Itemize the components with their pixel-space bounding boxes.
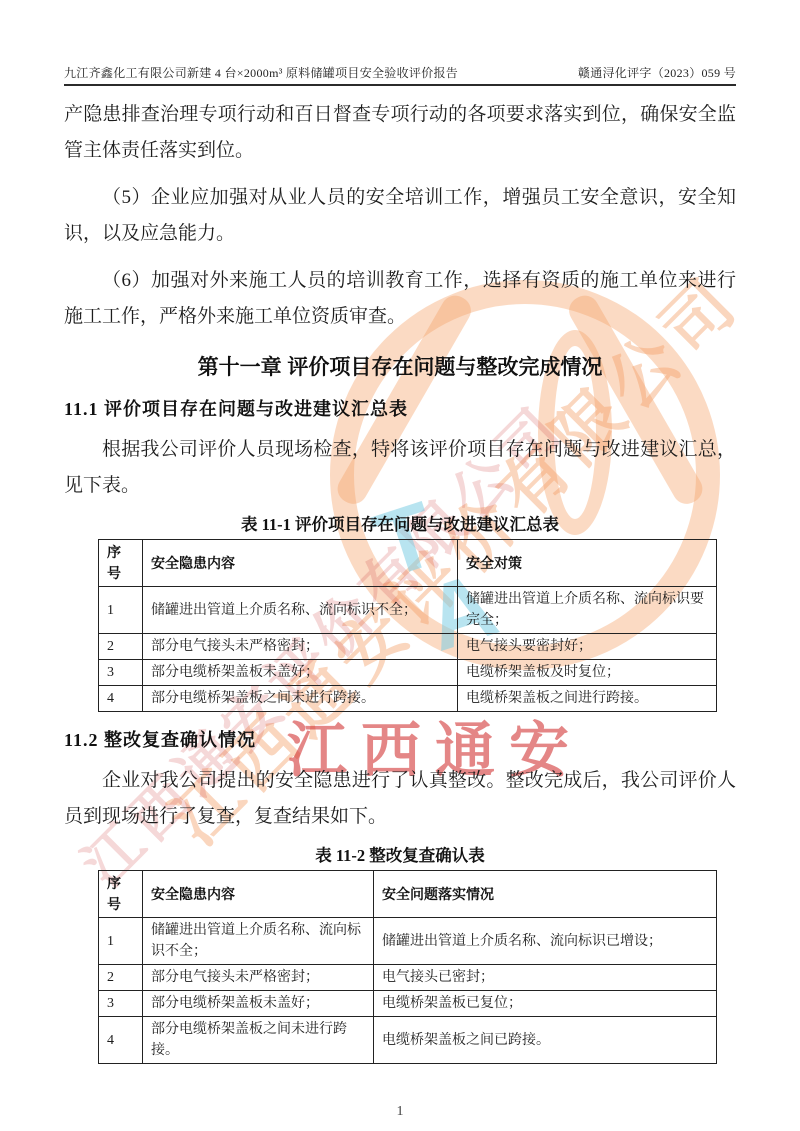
header-report-title: 九江齐鑫化工有限公司新建 4 台×2000m³ 原料储罐项目安全验收评价报告 xyxy=(64,64,458,81)
table-header-cell: 安全问题落实情况 xyxy=(374,871,717,918)
table-cell-result: 电缆桥架盖板已复位； xyxy=(374,991,717,1017)
table-header-cell: 安全隐患内容 xyxy=(143,871,374,918)
table-11-1-caption: 表 11-1 评价项目存在问题与改进建议汇总表 xyxy=(64,511,736,535)
table-header-cell: 安全隐患内容 xyxy=(143,540,458,587)
document-content: 九江齐鑫化工有限公司新建 4 台×2000m³ 原料储罐项目安全验收评价报告 赣… xyxy=(64,64,736,1120)
table-cell-hazard: 部分电缆桥架盖板之间未进行跨接。 xyxy=(143,1017,374,1064)
table-row: 3 部分电缆桥架盖板未盖好； 电缆桥架盖板及时复位； xyxy=(99,660,717,686)
table-cell-hazard: 部分电缆桥架盖板未盖好； xyxy=(143,991,374,1017)
table-cell-countermeasure: 电气接头要密封好； xyxy=(458,634,717,660)
table-header-row: 序号 安全隐患内容 安全问题落实情况 xyxy=(99,871,717,918)
section-heading-11-2: 11.2 整改复查确认情况 xyxy=(64,726,736,752)
page-header: 九江齐鑫化工有限公司新建 4 台×2000m³ 原料储罐项目安全验收评价报告 赣… xyxy=(64,64,736,86)
table-header-row: 序号 安全隐患内容 安全对策 xyxy=(99,540,717,587)
table-11-2-recheck: 序号 安全隐患内容 安全问题落实情况 1 储罐进出管道上介质名称、流向标识不全；… xyxy=(98,870,717,1064)
table-header-cell: 序号 xyxy=(99,871,143,918)
table-row: 3 部分电缆桥架盖板未盖好； 电缆桥架盖板已复位； xyxy=(99,991,717,1017)
table-cell-hazard: 部分电缆桥架盖板未盖好； xyxy=(143,660,458,686)
section-11-2-paragraph: 企业对我公司提出的安全隐患进行了认真整改。整改完成后，我公司评价人员到现场进行了… xyxy=(64,763,736,835)
table-cell-result: 电缆桥架盖板之间已跨接。 xyxy=(374,1017,717,1064)
table-cell-index: 2 xyxy=(99,634,143,660)
table-row: 2 部分电气接头未严格密封； 电气接头已密封； xyxy=(99,965,717,991)
table-cell-countermeasure: 储罐进出管道上介质名称、流向标识要完全； xyxy=(458,587,717,634)
section-11-1-paragraph: 根据我公司评价人员现场检查，特将该评价项目存在问题与改进建议汇总，见下表。 xyxy=(64,432,736,504)
document-page: 江西通安评价有限公司 江西通安评价有限公司 江西通安 T A 九江齐鑫化工有限公… xyxy=(0,0,800,1131)
table-row: 4 部分电缆桥架盖板之间未进行跨接。 电缆桥架盖板之间进行跨接。 xyxy=(99,686,717,712)
table-cell-index: 3 xyxy=(99,991,143,1017)
table-cell-hazard: 部分电气接头未严格密封； xyxy=(143,965,374,991)
paragraph-item-5: （5）企业应加强对从业人员的安全培训工作，增强员工安全意识，安全知识，以及应急能… xyxy=(64,180,736,252)
page-number: 1 xyxy=(64,1104,736,1120)
table-row: 4 部分电缆桥架盖板之间未进行跨接。 电缆桥架盖板之间已跨接。 xyxy=(99,1017,717,1064)
table-cell-index: 2 xyxy=(99,965,143,991)
table-cell-countermeasure: 电缆桥架盖板之间进行跨接。 xyxy=(458,686,717,712)
table-header-cell: 序号 xyxy=(99,540,143,587)
table-cell-hazard: 储罐进出管道上介质名称、流向标识不全； xyxy=(143,918,374,965)
table-cell-index: 1 xyxy=(99,918,143,965)
table-cell-result: 储罐进出管道上介质名称、流向标识已增设； xyxy=(374,918,717,965)
table-header-cell: 安全对策 xyxy=(458,540,717,587)
header-doc-number: 赣通浔化评字（2023）059 号 xyxy=(578,64,736,81)
table-cell-index: 1 xyxy=(99,587,143,634)
table-11-1-summary: 序号 安全隐患内容 安全对策 1 储罐进出管道上介质名称、流向标识不全； 储罐进… xyxy=(98,539,717,712)
table-cell-countermeasure: 电缆桥架盖板及时复位； xyxy=(458,660,717,686)
table-cell-hazard: 部分电气接头未严格密封； xyxy=(143,634,458,660)
table-11-2-caption: 表 11-2 整改复查确认表 xyxy=(64,842,736,866)
table-row: 1 储罐进出管道上介质名称、流向标识不全； 储罐进出管道上介质名称、流向标识已增… xyxy=(99,918,717,965)
chapter-title: 第十一章 评价项目存在问题与整改完成情况 xyxy=(64,351,736,381)
table-cell-hazard: 部分电缆桥架盖板之间未进行跨接。 xyxy=(143,686,458,712)
table-row: 1 储罐进出管道上介质名称、流向标识不全； 储罐进出管道上介质名称、流向标识要完… xyxy=(99,587,717,634)
table-cell-index: 3 xyxy=(99,660,143,686)
table-row: 2 部分电气接头未严格密封； 电气接头要密封好； xyxy=(99,634,717,660)
paragraph-item-6: （6）加强对外来施工人员的培训教育工作，选择有资质的施工单位来进行施工工作，严格… xyxy=(64,263,736,335)
table-cell-index: 4 xyxy=(99,1017,143,1064)
paragraph-continuation: 产隐患排查治理专项行动和百日督查专项行动的各项要求落实到位，确保安全监管主体责任… xyxy=(64,97,736,169)
table-cell-result: 电气接头已密封； xyxy=(374,965,717,991)
table-cell-hazard: 储罐进出管道上介质名称、流向标识不全； xyxy=(143,587,458,634)
section-heading-11-1: 11.1 评价项目存在问题与改进建议汇总表 xyxy=(64,395,736,421)
table-cell-index: 4 xyxy=(99,686,143,712)
